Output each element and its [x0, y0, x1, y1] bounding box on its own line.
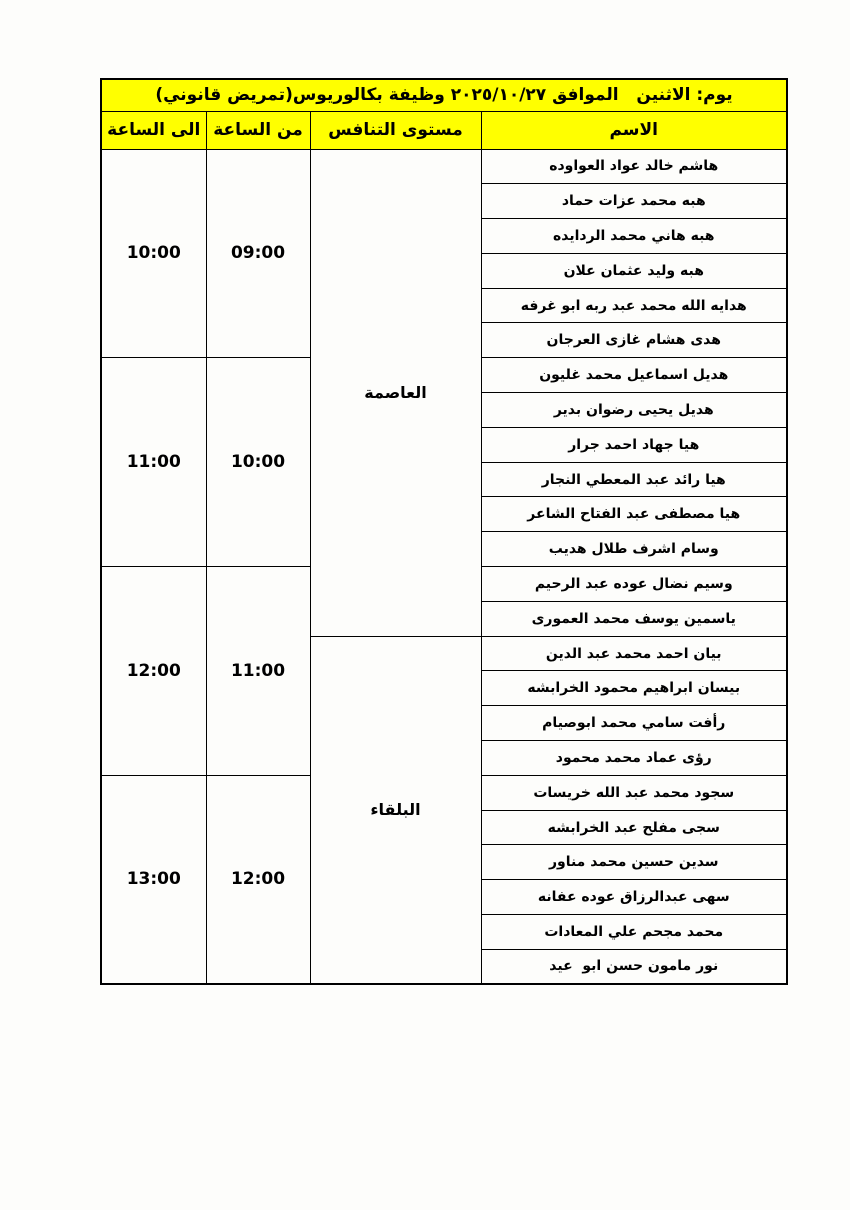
from-time-cell: 12:00: [206, 775, 310, 984]
name-cell: نور مامون حسن ابو عيد: [481, 949, 787, 984]
to-time-cell: 12:00: [101, 567, 206, 776]
name-cell: هيا رائد عبد المعطي النجار: [481, 462, 787, 497]
name-cell: محمد مجحم علي المعادات: [481, 915, 787, 950]
name-cell: رؤى عماد محمد محمود: [481, 741, 787, 776]
name-cell: هديل اسماعيل محمد غليون: [481, 358, 787, 393]
to-time-cell: 13:00: [101, 775, 206, 984]
column-header-name: الاسم: [481, 111, 787, 149]
name-cell: هاشم خالد عواد العواوده: [481, 149, 787, 184]
from-time-cell: 09:00: [206, 149, 310, 358]
name-cell: هبه وليد عثمان علان: [481, 253, 787, 288]
name-cell: سدين حسين محمد مناور: [481, 845, 787, 880]
name-cell: وسام اشرف طلال هديب: [481, 532, 787, 567]
document-page: يوم: الاثنين الموافق ٢٠٢٥/١٠/٢٧ وظيفة بك…: [0, 0, 850, 1210]
column-header-to: الى الساعة: [101, 111, 206, 149]
header-row: الاسم مستوى التنافس من الساعة الى الساعة: [101, 111, 787, 149]
schedule-table-body: هاشم خالد عواد العواودهالعاصمة09:0010:00…: [101, 149, 787, 984]
name-cell: هيا جهاد احمد جرار: [481, 427, 787, 462]
name-cell: هديل يحيى رضوان بدير: [481, 393, 787, 428]
to-time-cell: 11:00: [101, 358, 206, 567]
to-time-cell: 10:00: [101, 149, 206, 358]
name-cell: هبه هاني محمد الردايده: [481, 219, 787, 254]
name-cell: هيا مصطفى عبد الفتاح الشاعر: [481, 497, 787, 532]
table-row: هاشم خالد عواد العواودهالعاصمة09:0010:00: [101, 149, 787, 184]
name-cell: سجود محمد عبد الله خريسات: [481, 775, 787, 810]
name-cell: هدى هشام غازى العرجان: [481, 323, 787, 358]
region-cell: العاصمة: [310, 149, 481, 636]
schedule-table: يوم: الاثنين الموافق ٢٠٢٥/١٠/٢٧ وظيفة بك…: [100, 78, 788, 985]
table-title: يوم: الاثنين الموافق ٢٠٢٥/١٠/٢٧ وظيفة بك…: [101, 79, 787, 111]
name-cell: سهى عبدالرزاق عوده عفانه: [481, 880, 787, 915]
name-cell: سجى مفلح عبد الخرابشه: [481, 810, 787, 845]
name-cell: وسيم نضال عوده عبد الرحيم: [481, 567, 787, 602]
name-cell: هدايه الله محمد عبد ربه ابو غرفه: [481, 288, 787, 323]
from-time-cell: 11:00: [206, 567, 310, 776]
name-cell: هبه محمد عزات حماد: [481, 184, 787, 219]
column-header-level: مستوى التنافس: [310, 111, 481, 149]
region-cell: البلقاء: [310, 636, 481, 984]
from-time-cell: 10:00: [206, 358, 310, 567]
name-cell: ياسمين يوسف محمد العمورى: [481, 601, 787, 636]
name-cell: بيسان ابراهيم محمود الخرابشه: [481, 671, 787, 706]
name-cell: رأفت سامي محمد ابوصيام: [481, 706, 787, 741]
title-row: يوم: الاثنين الموافق ٢٠٢٥/١٠/٢٧ وظيفة بك…: [101, 79, 787, 111]
name-cell: بيان احمد محمد عبد الدين: [481, 636, 787, 671]
column-header-from: من الساعة: [206, 111, 310, 149]
